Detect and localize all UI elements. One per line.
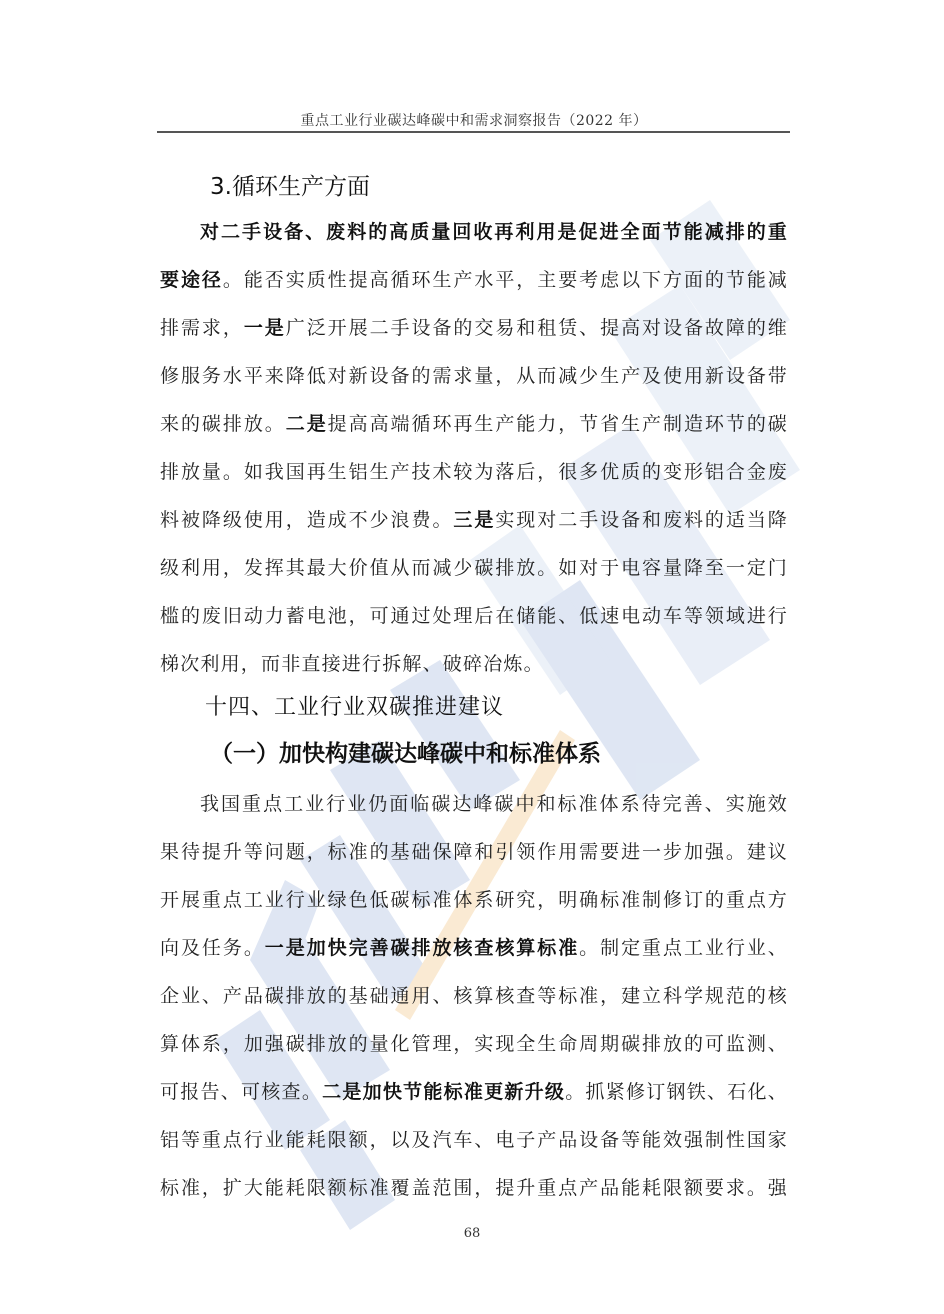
paragraph-line: 算体系，加强碳排放的量化管理，实现全生命周期碳排放的可监测、 — [160, 1029, 788, 1059]
paragraph-line: 修服务水平来降低对新设备的需求量，从而减少生产及使用新设备带 — [160, 361, 788, 391]
paragraph-line: 槛的废旧动力蓄电池，可通过处理后在储能、低速电动车等领域进行 — [160, 601, 788, 631]
body-text: 来的碳排放。 — [160, 413, 286, 435]
body-text: 开展重点工业行业绿色低碳标准体系研究，明确标准制修订的重点方 — [160, 889, 788, 911]
bold-text: 对二手设备、废料的高质量回收再利用是促进全面节能减排的重 — [200, 221, 788, 243]
bold-text: 一是 — [244, 317, 286, 339]
body-text: 我国重点工业行业仍面临碳达峰碳中和标准体系待完善、实施效 — [200, 793, 788, 815]
body-text: 向及任务。 — [160, 937, 265, 959]
bold-text: 二是 — [286, 413, 328, 435]
paragraph-line: 来的碳排放。二是提高高端循环再生产能力，节省生产制造环节的碳 — [160, 409, 788, 439]
paragraph-line: 标准，扩大能耗限额标准覆盖范围，提升重点产品能耗限额要求。强 — [160, 1173, 788, 1203]
paragraph-line: 级利用，发挥其最大价值从而减少碳排放。如对于电容量降至一定门 — [160, 553, 788, 583]
paragraph-line: 企业、产品碳排放的基础通用、核算核查等标准，建立科学规范的核 — [160, 981, 788, 1011]
section-heading: 3.循环生产方面 — [210, 168, 370, 201]
bold-text: 二是加快节能标准更新升级 — [322, 1081, 565, 1103]
body-text: 提高高端循环再生产能力，节省生产制造环节的碳 — [328, 413, 788, 435]
body-text: 。抓紧修订钢铁、石化、 — [565, 1081, 788, 1103]
paragraph-line: 果待提升等问题，标准的基础保障和引领作用需要进一步加强。建议 — [160, 837, 788, 867]
body-text: 广泛开展二手设备的交易和租赁、提高对设备故障的维 — [286, 317, 788, 339]
page-header: 重点工业行业碳达峰碳中和需求洞察报告（2022 年） — [158, 110, 790, 132]
body-text: 排需求， — [160, 317, 244, 339]
paragraph-line: 对二手设备、废料的高质量回收再利用是促进全面节能减排的重 — [200, 217, 788, 247]
paragraph-line: 排放量。如我国再生铝生产技术较为落后，很多优质的变形铝合金废 — [160, 457, 788, 487]
body-text: 排放量。如我国再生铝生产技术较为落后，很多优质的变形铝合金废 — [160, 461, 788, 483]
paragraph-line: 料被降级使用，造成不少浪费。三是实现对二手设备和废料的适当降 — [160, 505, 788, 535]
chapter-heading: 十四、工业行业双碳推进建议 — [205, 690, 504, 721]
bold-text: 一是加快完善碳排放核查核算标准 — [265, 937, 579, 959]
body-text: 梯次利用，而非直接进行拆解、破碎冶炼。 — [160, 653, 544, 675]
body-text: 修服务水平来降低对新设备的需求量，从而减少生产及使用新设备带 — [160, 365, 788, 387]
body-text: 算体系，加强碳排放的量化管理，实现全生命周期碳排放的可监测、 — [160, 1033, 788, 1055]
paragraph-line: 排需求，一是广泛开展二手设备的交易和租赁、提高对设备故障的维 — [160, 313, 788, 343]
body-text: 。能否实质性提高循环生产水平，主要考虑以下方面的节能减 — [223, 269, 788, 291]
paragraph-line: 铝等重点行业能耗限额，以及汽车、电子产品设备等能效强制性国家 — [160, 1125, 788, 1155]
paragraph-line: 开展重点工业行业绿色低碳标准体系研究，明确标准制修订的重点方 — [160, 885, 788, 915]
paragraph-line: 要途径。能否实质性提高循环生产水平，主要考虑以下方面的节能减 — [160, 265, 788, 295]
bold-text: 要途径 — [160, 269, 223, 291]
body-text: 可报告、可核查。 — [160, 1081, 322, 1103]
page-number: 68 — [0, 1226, 944, 1241]
paragraph-line: 我国重点工业行业仍面临碳达峰碳中和标准体系待完善、实施效 — [200, 789, 788, 819]
body-text: 铝等重点行业能耗限额，以及汽车、电子产品设备等能效强制性国家 — [160, 1129, 788, 1151]
paragraph-line: 可报告、可核查。二是加快节能标准更新升级。抓紧修订钢铁、石化、 — [160, 1077, 788, 1107]
paragraph-line: 向及任务。一是加快完善碳排放核查核算标准。制定重点工业行业、 — [160, 933, 788, 963]
paragraph-line: 梯次利用，而非直接进行拆解、破碎冶炼。 — [160, 649, 788, 679]
header-rule — [157, 131, 790, 133]
body-text: 果待提升等问题，标准的基础保障和引领作用需要进一步加强。建议 — [160, 841, 788, 863]
body-text: 企业、产品碳排放的基础通用、核算核查等标准，建立科学规范的核 — [160, 985, 788, 1007]
body-text: 料被降级使用，造成不少浪费。 — [160, 509, 453, 531]
body-text: 。制定重点工业行业、 — [579, 937, 788, 959]
subsection-heading: （一）加快构建碳达峰碳中和标准体系 — [210, 735, 601, 768]
body-text: 槛的废旧动力蓄电池，可通过处理后在储能、低速电动车等领域进行 — [160, 605, 788, 627]
bold-text: 三是 — [453, 509, 495, 531]
body-text: 级利用，发挥其最大价值从而减少碳排放。如对于电容量降至一定门 — [160, 557, 788, 579]
body-text: 标准，扩大能耗限额标准覆盖范围，提升重点产品能耗限额要求。强 — [160, 1177, 788, 1199]
body-text: 实现对二手设备和废料的适当降 — [495, 509, 788, 531]
